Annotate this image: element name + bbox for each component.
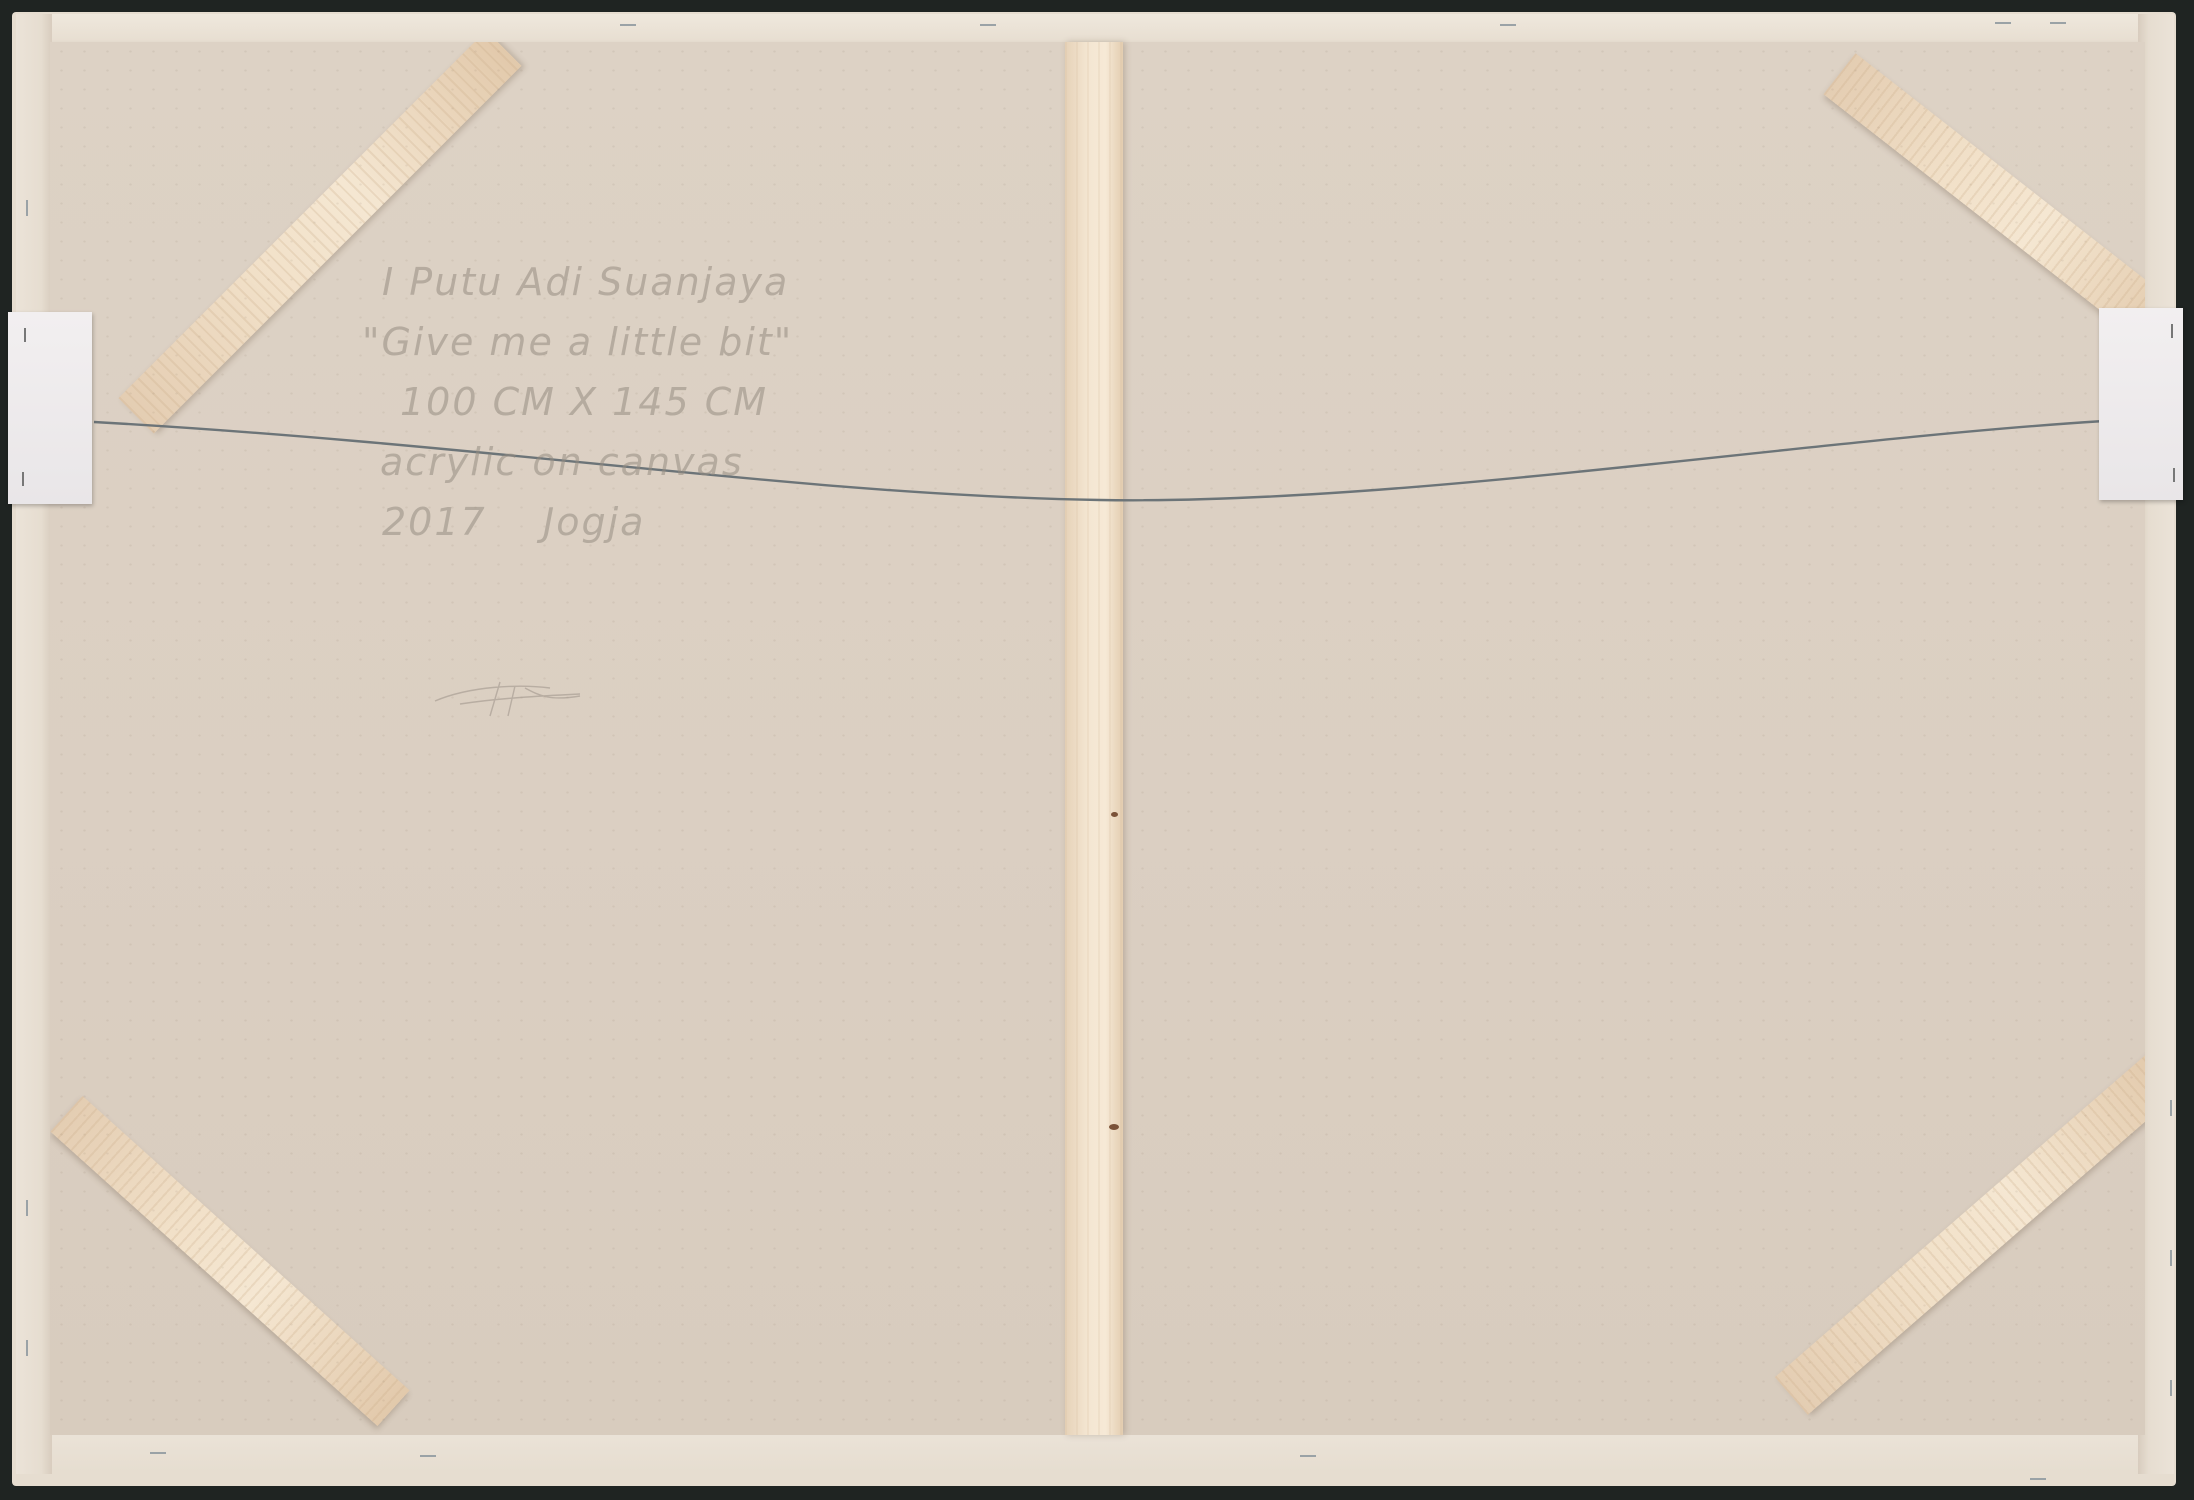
artwork-year-location: 2017 Jogja [382, 492, 793, 552]
stretcher-left-rail [16, 14, 52, 1474]
staple [2170, 1250, 2172, 1266]
artwork-medium: acrylic on canvas [380, 432, 793, 492]
corner-brace-bottom-right [1775, 1049, 2145, 1415]
center-crossbar [1065, 42, 1123, 1435]
staple [26, 200, 28, 216]
artist-name: I Putu Adi Suanjaya [382, 252, 793, 312]
staple [22, 472, 24, 486]
hanging-tab-right [2099, 308, 2183, 500]
staple [2173, 468, 2175, 482]
staple [980, 24, 996, 26]
staple [1995, 22, 2011, 24]
staple [150, 1452, 166, 1454]
staple [2171, 324, 2173, 338]
staple [2050, 22, 2066, 24]
staple [26, 1200, 28, 1216]
artwork-dimensions: 100 CM X 145 CM [400, 372, 793, 432]
staple [420, 1455, 436, 1457]
corner-brace-bottom-left [50, 1096, 409, 1426]
staple [1300, 1455, 1316, 1457]
staple [620, 24, 636, 26]
wood-knot [1109, 1124, 1119, 1130]
staple [24, 328, 26, 342]
artist-signature [430, 676, 590, 726]
wood-knot [1111, 812, 1118, 817]
hanging-tab-left [8, 312, 92, 504]
staple [26, 1340, 28, 1356]
staple [1500, 24, 1516, 26]
staple [2170, 1100, 2172, 1116]
staple [2030, 1478, 2046, 1480]
artwork-title: "Give me a little bit" [362, 312, 793, 372]
corner-brace-top-right [1824, 53, 2145, 353]
staple [2170, 1380, 2172, 1396]
pencil-inscription: I Putu Adi Suanjaya "Give me a little bi… [360, 252, 793, 552]
